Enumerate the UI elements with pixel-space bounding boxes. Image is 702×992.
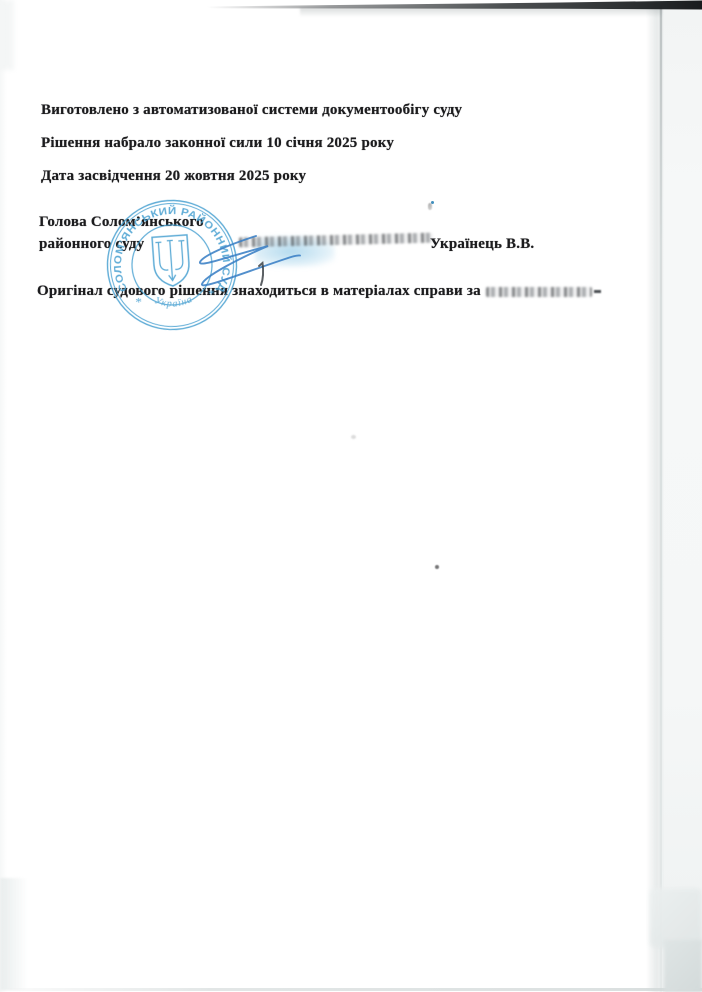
scan-speck-faint [351,435,356,439]
scan-speck-gray [428,203,432,210]
scan-speck-dark [435,565,439,569]
scanned-court-document-page: Виготовлено з автоматизованої системи до… [0,0,702,992]
overlay-layer [0,0,702,992]
pen-signature [200,236,300,285]
top-scan-edge-line [206,1,702,10]
